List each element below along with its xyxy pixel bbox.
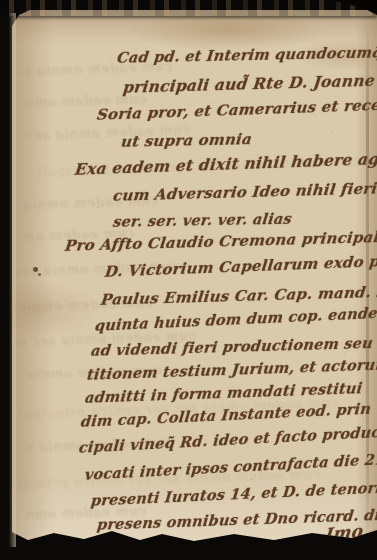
manuscript-line: D. Victorium Capellarum exdo principale xyxy=(104,249,377,281)
manuscript-line: Exa eadem et dixit nihil habere agere xyxy=(74,148,377,179)
manuscript-line: cum Adversario Ideo nihil fieri nisi xyxy=(112,179,377,205)
book-binding-top xyxy=(0,0,377,16)
manuscript-line: Paulus Emilius Car. Cap. mand. se die xyxy=(100,282,377,309)
wood-grain-texture xyxy=(0,0,377,16)
book-spine-edge xyxy=(0,13,16,547)
manuscript-line: titionem testium Jurium, et actorum xyxy=(86,356,377,384)
manuscript-line: ut supra omnia xyxy=(120,130,253,151)
manuscript-page: cum eadem omnia ser ver contra principal… xyxy=(12,10,377,550)
spine-edge-shading xyxy=(0,13,16,547)
manuscript-line: ser. ser. ver. ver. alias xyxy=(112,211,293,231)
manuscript-line: Cad pd. et Interim quandocumq̃, Instante… xyxy=(116,42,377,67)
notary-flourish: Imo xyxy=(324,522,365,546)
manuscript-photo: cum eadem omnia ser ver contra principal… xyxy=(0,0,377,560)
